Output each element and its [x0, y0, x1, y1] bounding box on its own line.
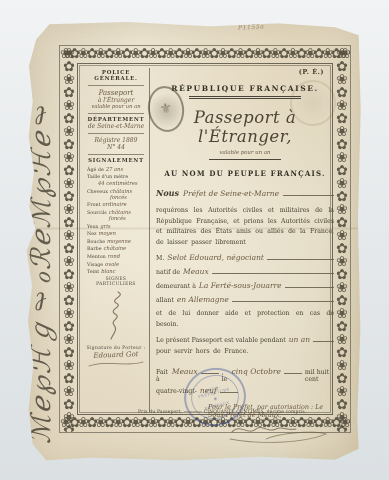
trait-label: Cheveux — [87, 190, 108, 195]
mil-huit-cent-label: mil huit cent — [305, 369, 334, 383]
holder-signature-flourish-icon — [86, 359, 146, 368]
departement-value: de Seine-et-Marne — [86, 123, 146, 130]
trait-value: châtains foncés — [109, 210, 146, 222]
trait-label: Bouche — [87, 240, 105, 245]
trait-row: Visageovale — [87, 262, 146, 268]
holder-prefix: M. — [156, 255, 164, 262]
trait-label: Barbe — [87, 247, 102, 252]
trait-value: gris — [100, 224, 110, 230]
sidebar-divider — [88, 154, 144, 155]
sidebar-column: POLICE GÉNÉRALE. Passeport à l'Étranger … — [84, 68, 150, 412]
destination-row: allant en Allemagne — [156, 295, 334, 304]
trait-label: Taille d'un mètre — [87, 175, 128, 180]
trait-row: Teintblanc — [87, 269, 146, 275]
trait-value: rond — [108, 254, 120, 260]
border-ornament-top: ❀✿❀✿❀✿❀✿❀✿❀✿❀✿❀✿❀✿❀✿❀✿❀✿❀✿❀✿❀✿❀✿❀✿❀✿❀✿❀✿ — [60, 46, 350, 63]
fill-line — [232, 296, 334, 302]
fill-line — [267, 254, 334, 260]
holder-name-row: M. Selot Edouard, négociant — [156, 253, 334, 262]
fill-line — [285, 282, 334, 288]
validity-duration-handwritten: un an — [289, 335, 310, 344]
natif-label: natif de — [156, 269, 180, 276]
fill-line — [313, 336, 334, 342]
edge-calligraphy: ℳℯ℘ℋℊℓℴℛℯℳ℘ℋℯℓ — [27, 46, 58, 444]
border-ornament-left: ❀✿❀✿❀✿❀✿❀✿❀✿❀✿❀✿❀✿❀✿❀✿❀✿❀✿❀✿❀✿❀✿❀✿❀✿❀✿❀✿… — [60, 46, 77, 432]
destination-label: allant — [156, 297, 174, 304]
trait-label: Visage — [87, 263, 103, 268]
fait-day-handwritten: cinq Octobre — [232, 367, 281, 376]
trait-row: Sourcilschâtains foncés — [87, 210, 146, 222]
trait-value: blanc — [101, 269, 115, 275]
issuing-authority-line: Nous Préfet de Seine-et-Marne — [156, 188, 334, 198]
fill-line — [212, 268, 334, 274]
trait-label: Menton — [87, 255, 106, 260]
request-paragraph: requérons les Autorités civiles et milit… — [156, 206, 334, 248]
validity-printed-1: Le présent Passeport est valable pendant — [156, 337, 286, 344]
paraph-flourish-icon — [99, 290, 133, 340]
type-line-2: à l'Étranger — [86, 97, 146, 104]
type-line-3: valable pour un an — [86, 104, 146, 110]
residence-value-handwritten: La Ferté-sous-Jouarre — [199, 281, 282, 290]
residence-label: demeurant à — [156, 283, 196, 290]
fleur-de-lis-icon: ⚜ — [159, 100, 174, 118]
trait-row: Nezmoyen — [87, 231, 146, 237]
trait-value: 27 ans — [106, 167, 123, 173]
header-double-rule — [189, 96, 301, 99]
fill-line — [283, 190, 334, 196]
trait-value: ordinaire — [103, 202, 127, 208]
validity-printed-2: pour servir hors de France. — [156, 347, 334, 358]
prefect-handwritten: Préfet de Seine-et-Marne — [183, 189, 279, 198]
trait-value: châtaine — [104, 246, 127, 252]
sidebar-divider — [88, 113, 144, 114]
stamp-inner-ring — [186, 370, 243, 424]
police-generale-heading: POLICE GÉNÉRALE. — [86, 70, 146, 82]
photo-backdrop: P1155a ℳℯ℘ℋℊℓℴℛℯℳ℘ℋℯℓ ❀✿❀✿❀✿❀✿❀✿❀✿❀✿❀✿❀✿… — [0, 0, 389, 480]
passport-type-manuscript: Passeport à l'Étranger valable pour un a… — [86, 89, 146, 110]
trait-row: 44 centimètres — [96, 181, 146, 187]
type-line-1: Passeport — [86, 89, 146, 97]
au-nom-heading: AU NOM DU PEUPLE FRANÇAIS. — [156, 169, 334, 178]
fait-a-label: Fait à — [156, 369, 169, 383]
fill-line — [284, 368, 302, 374]
trait-row: Bouchemoyenne — [87, 239, 146, 245]
residence-row: demeurant à La Ferté-sous-Jouarre — [156, 281, 334, 290]
destination-value-handwritten: en Allemagne — [177, 295, 229, 304]
date-row: Fait à Meaux , le cinq Octobre mil huit … — [156, 367, 334, 383]
trait-row: Âgé de27 ans — [87, 167, 146, 173]
register-no: N° 44 — [86, 144, 146, 151]
trait-row: Taille d'un mètre — [87, 175, 146, 180]
trait-label: Âgé de — [87, 168, 104, 173]
ghost-stamp-impression — [290, 80, 336, 126]
clerk-paraph — [86, 290, 146, 344]
trait-row: Barbechâtaine — [87, 246, 146, 252]
passport-document: P1155a ℳℯ℘ℋℊℓℴℛℯℳ℘ℋℯℓ ❀✿❀✿❀✿❀✿❀✿❀✿❀✿❀✿❀✿… — [26, 22, 362, 462]
trait-value: châtains foncés — [110, 189, 146, 201]
trait-value: moyen — [99, 231, 116, 237]
traits-list: Âgé de27 ans Taille d'un mètre 44 centim… — [86, 167, 146, 275]
subtitle-rule — [209, 159, 281, 160]
trait-value: moyenne — [107, 239, 131, 245]
trait-label: Nez — [87, 232, 97, 237]
trait-label: Yeux — [87, 225, 98, 230]
trait-value: ovale — [105, 262, 119, 268]
nous-word: Nous — [156, 188, 179, 198]
trait-row: Frontordinaire — [87, 202, 146, 208]
sidebar-divider — [88, 85, 144, 86]
natif-value-handwritten: Meaux — [183, 267, 209, 276]
trait-label: Sourcils — [87, 211, 107, 216]
validity-subtitle: valable pour un an — [156, 150, 334, 156]
sidebar-divider — [88, 133, 144, 134]
trait-row: Cheveuxchâtains foncés — [87, 189, 146, 201]
trait-row: Mentonrond — [87, 254, 146, 260]
validity-row: Le présent Passeport est valable pendant… — [156, 335, 334, 344]
prefect-signature-flourish-icon — [222, 420, 334, 446]
register-number: Régistre 1889 — [86, 137, 146, 144]
trait-label: Teint — [87, 270, 99, 275]
signes-particuliers-label: SIGNES PARTICULIERS — [86, 277, 146, 287]
signalement-heading: SIGNALEMENT — [86, 158, 146, 164]
pencil-annotation: P1155a — [238, 23, 265, 31]
trait-value: 44 centimètres — [98, 181, 138, 187]
protection-clause: et de lui donner aide et protection en c… — [156, 309, 334, 330]
trait-label: Front — [87, 203, 101, 208]
document-content: POLICE GÉNÉRALE. Passeport à l'Étranger … — [84, 68, 330, 412]
trait-row: Yeuxgris — [87, 224, 146, 230]
fait-place-handwritten: Meaux — [172, 367, 198, 376]
holder-name-handwritten: Selot Edouard, négociant — [167, 253, 264, 262]
birthplace-row: natif de Meaux — [156, 267, 334, 276]
